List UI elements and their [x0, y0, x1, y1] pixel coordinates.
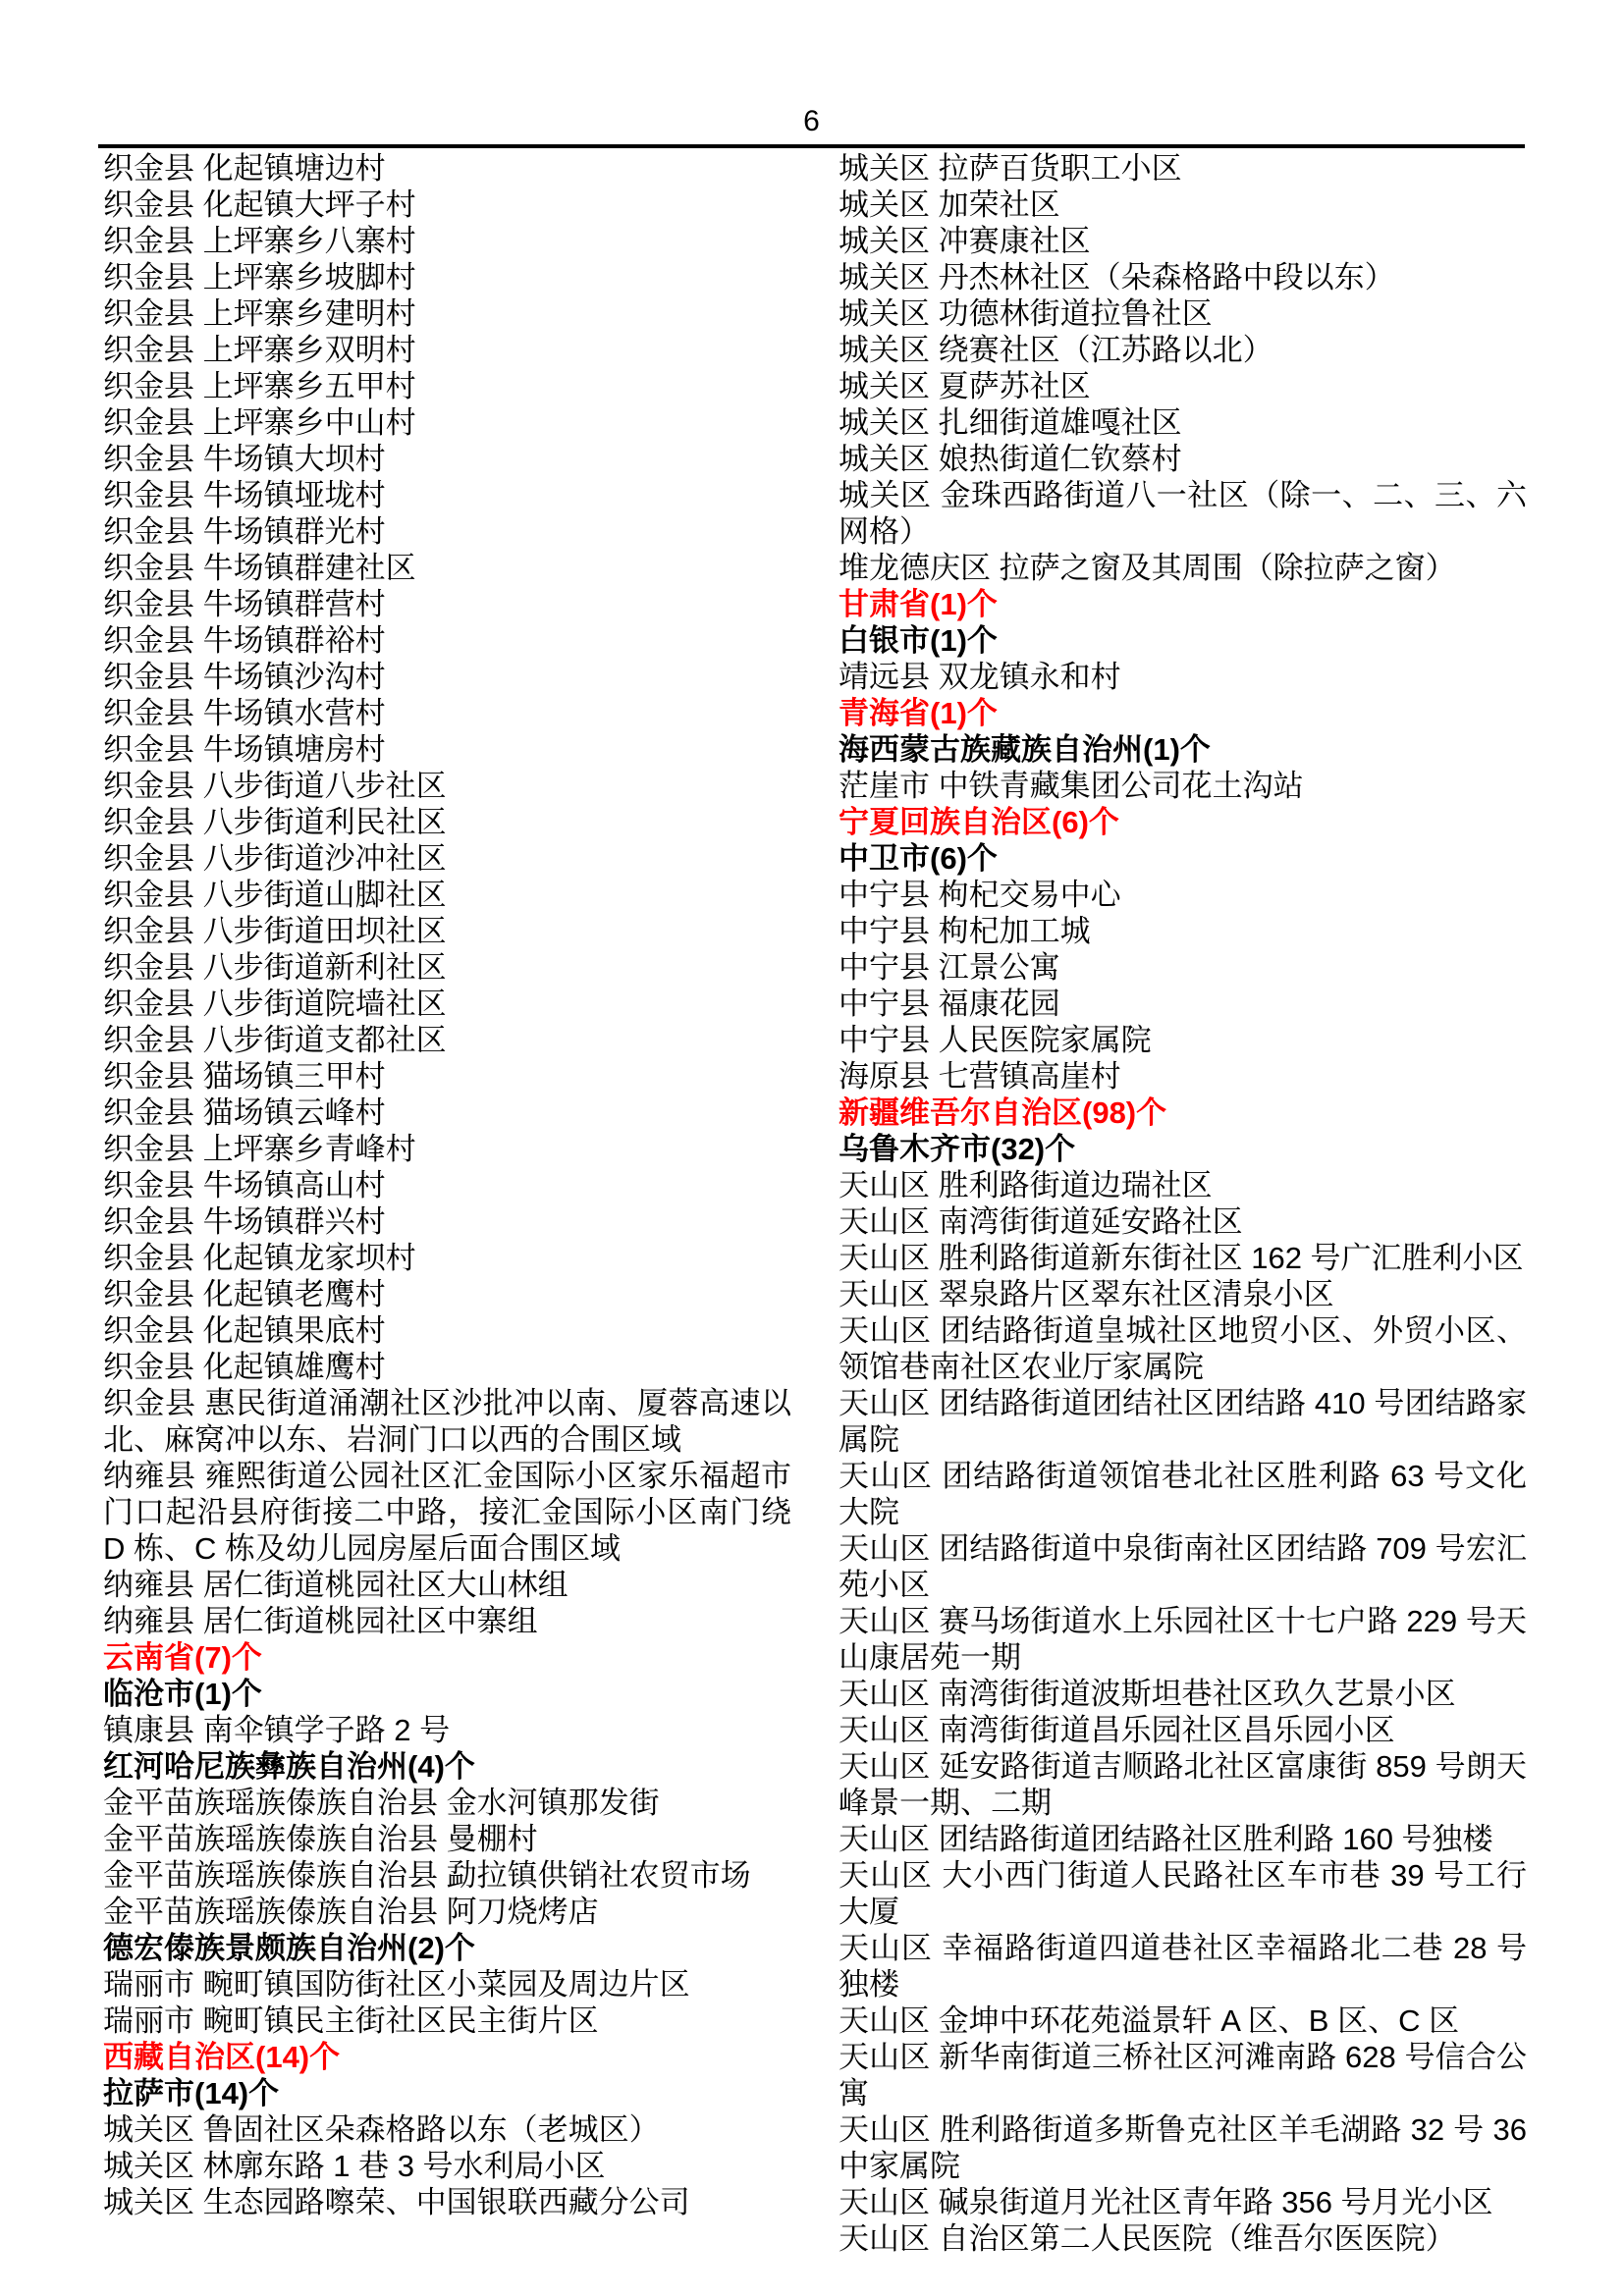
entry-line: 织金县 八步街道利民社区: [103, 804, 791, 840]
entry-line: 织金县 牛场镇沙沟村: [103, 659, 791, 695]
entry-line: 城关区 加荣社区: [839, 187, 1527, 223]
entry-line: 城关区 冲赛康社区: [839, 223, 1527, 259]
entry-line: 织金县 八步街道山脚社区: [103, 877, 791, 913]
entry-line: 织金县 上坪寨乡建明村: [103, 295, 791, 332]
entry-line: 织金县 上坪寨乡坡脚村: [103, 259, 791, 295]
city-header: 海西蒙古族藏族自治州(1)个: [839, 731, 1527, 768]
province-header: 甘肃省(1)个: [839, 586, 1527, 622]
entry-line: 织金县 八步街道八步社区: [103, 768, 791, 804]
entry-line: 织金县 牛场镇群营村: [103, 586, 791, 622]
entry-line: 金平苗族瑶族傣族自治县 阿刀烧烤店: [103, 1894, 791, 1930]
entry-line: 织金县 牛场镇垭垅村: [103, 477, 791, 513]
entry-line: 织金县 牛场镇高山村: [103, 1167, 791, 1203]
entry-line: 织金县 上坪寨乡双明村: [103, 332, 791, 368]
entry-line: 织金县 牛场镇群建社区: [103, 550, 791, 586]
city-header: 乌鲁木齐市(32)个: [839, 1131, 1527, 1167]
entry-line: 纳雍县 雍熙街道公园社区汇金国际小区家乐福超市门口起沿县府街接二中路，接汇金国际…: [103, 1458, 791, 1567]
city-header: 白银市(1)个: [839, 622, 1527, 659]
right-column: 城关区 拉萨百货职工小区城关区 加荣社区城关区 冲赛康社区城关区 丹杰林社区（朵…: [839, 150, 1527, 2257]
entry-line: 天山区 南湾街街道延安路社区: [839, 1203, 1527, 1240]
entry-line: 镇康县 南伞镇学子路 2 号: [103, 1712, 791, 1748]
entry-line: 城关区 绕赛社区（江苏路以北）: [839, 332, 1527, 368]
header-rule: [98, 144, 1525, 148]
entry-line: 织金县 猫场镇云峰村: [103, 1095, 791, 1131]
entry-line: 中宁县 枸杞交易中心: [839, 877, 1527, 913]
city-header: 德宏傣族景颇族自治州(2)个: [103, 1930, 791, 1966]
entry-line: 织金县 牛场镇群光村: [103, 513, 791, 550]
entry-line: 靖远县 双龙镇永和村: [839, 659, 1527, 695]
entry-line: 城关区 娘热街道仁钦蔡村: [839, 441, 1527, 477]
entry-line: 城关区 鲁固社区朵森格路以东（老城区）: [103, 2111, 791, 2148]
entry-line: 城关区 金珠西路街道八一社区（除一、二、三、六网格）: [839, 477, 1527, 550]
entry-line: 中宁县 江景公寓: [839, 949, 1527, 986]
entry-line: 织金县 八步街道新利社区: [103, 949, 791, 986]
entry-line: 织金县 牛场镇大坝村: [103, 441, 791, 477]
entry-line: 海原县 七营镇高崖村: [839, 1058, 1527, 1095]
entry-line: 织金县 八步街道院墙社区: [103, 986, 791, 1022]
entry-line: 织金县 八步街道支都社区: [103, 1022, 791, 1058]
entry-line: 织金县 上坪寨乡八寨村: [103, 223, 791, 259]
entry-line: 织金县 化起镇果底村: [103, 1312, 791, 1349]
entry-line: 天山区 团结路街道中泉街南社区团结路 709 号宏汇苑小区: [839, 1530, 1527, 1603]
entry-line: 织金县 上坪寨乡中山村: [103, 404, 791, 441]
entry-line: 瑞丽市 畹町镇国防街社区小菜园及周边片区: [103, 1966, 791, 2002]
entry-line: 中宁县 人民医院家属院: [839, 1022, 1527, 1058]
entry-line: 天山区 金坤中环花苑溢景轩 A 区、B 区、C 区: [839, 2002, 1527, 2039]
entry-line: 瑞丽市 畹町镇民主街社区民主街片区: [103, 2002, 791, 2039]
entry-line: 天山区 团结路街道领馆巷北社区胜利路 63 号文化大院: [839, 1458, 1527, 1530]
entry-line: 天山区 胜利路街道边瑞社区: [839, 1167, 1527, 1203]
entry-line: 天山区 团结路街道皇城社区地贸小区、外贸小区、领馆巷南社区农业厅家属院: [839, 1312, 1527, 1385]
left-column: 织金县 化起镇塘边村织金县 化起镇大坪子村织金县 上坪寨乡八寨村织金县 上坪寨乡…: [103, 150, 791, 2257]
entry-line: 纳雍县 居仁街道桃园社区大山林组: [103, 1567, 791, 1603]
entry-line: 织金县 化起镇塘边村: [103, 150, 791, 187]
entry-line: 茫崖市 中铁青藏集团公司花土沟站: [839, 768, 1527, 804]
entry-line: 织金县 牛场镇水营村: [103, 695, 791, 731]
entry-line: 织金县 牛场镇群裕村: [103, 622, 791, 659]
entry-line: 天山区 胜利路街道多斯鲁克社区羊毛湖路 32 号 36 中家属院: [839, 2111, 1527, 2184]
entry-line: 天山区 团结路街道团结社区团结路 410 号团结路家属院: [839, 1385, 1527, 1458]
entry-line: 织金县 猫场镇三甲村: [103, 1058, 791, 1095]
entry-line: 天山区 团结路街道团结路社区胜利路 160 号独楼: [839, 1821, 1527, 1857]
entry-line: 织金县 上坪寨乡五甲村: [103, 368, 791, 404]
entry-line: 城关区 生态园路嚓荣、中国银联西藏分公司: [103, 2184, 791, 2220]
entry-line: 织金县 化起镇老鹰村: [103, 1276, 791, 1312]
entry-line: 织金县 牛场镇群兴村: [103, 1203, 791, 1240]
entry-line: 天山区 南湾街街道波斯坦巷社区玖久艺景小区: [839, 1676, 1527, 1712]
entry-line: 中宁县 福康花园: [839, 986, 1527, 1022]
entry-line: 堆龙德庆区 拉萨之窗及其周围（除拉萨之窗）: [839, 550, 1527, 586]
entry-line: 天山区 南湾街街道昌乐园社区昌乐园小区: [839, 1712, 1527, 1748]
city-header: 拉萨市(14)个: [103, 2075, 791, 2111]
entry-line: 城关区 功德林街道拉鲁社区: [839, 295, 1527, 332]
city-header: 临沧市(1)个: [103, 1676, 791, 1712]
entry-line: 金平苗族瑶族傣族自治县 勐拉镇供销社农贸市场: [103, 1857, 791, 1894]
entry-line: 金平苗族瑶族傣族自治县 金水河镇那发街: [103, 1785, 791, 1821]
entry-line: 金平苗族瑶族傣族自治县 曼棚村: [103, 1821, 791, 1857]
city-header: 中卫市(6)个: [839, 840, 1527, 877]
entry-line: 城关区 夏萨苏社区: [839, 368, 1527, 404]
entry-line: 城关区 拉萨百货职工小区: [839, 150, 1527, 187]
entry-line: 天山区 幸福路街道四道巷社区幸福路北二巷 28 号独楼: [839, 1930, 1527, 2002]
entry-line: 天山区 新华南街道三桥社区河滩南路 628 号信合公寓: [839, 2039, 1527, 2111]
entry-line: 天山区 胜利路街道新东街社区 162 号广汇胜利小区: [839, 1240, 1527, 1276]
entry-line: 织金县 上坪寨乡青峰村: [103, 1131, 791, 1167]
entry-line: 纳雍县 居仁街道桃园社区中寨组: [103, 1603, 791, 1639]
page-number: 6: [98, 101, 1525, 142]
entry-line: 织金县 惠民街道涌潮社区沙批冲以南、厦蓉高速以北、麻窝冲以东、岩洞门口以西的合围…: [103, 1385, 791, 1458]
content-columns: 织金县 化起镇塘边村织金县 化起镇大坪子村织金县 上坪寨乡八寨村织金县 上坪寨乡…: [103, 150, 1527, 2257]
entry-line: 织金县 化起镇大坪子村: [103, 187, 791, 223]
entry-line: 织金县 八步街道沙冲社区: [103, 840, 791, 877]
entry-line: 织金县 牛场镇塘房村: [103, 731, 791, 768]
entry-line: 天山区 赛马场街道水上乐园社区十七户路 229 号天山康居苑一期: [839, 1603, 1527, 1676]
entry-line: 织金县 化起镇龙家坝村: [103, 1240, 791, 1276]
entry-line: 城关区 扎细街道雄嘎社区: [839, 404, 1527, 441]
entry-line: 天山区 大小西门街道人民路社区车市巷 39 号工行大厦: [839, 1857, 1527, 1930]
entry-line: 天山区 翠泉路片区翠东社区清泉小区: [839, 1276, 1527, 1312]
entry-line: 织金县 八步街道田坝社区: [103, 913, 791, 949]
entry-line: 中宁县 枸杞加工城: [839, 913, 1527, 949]
entry-line: 城关区 林廓东路 1 巷 3 号水利局小区: [103, 2148, 791, 2184]
city-header: 红河哈尼族彝族自治州(4)个: [103, 1748, 791, 1785]
entry-line: 天山区 延安路街道吉顺路北社区富康街 859 号朗天峰景一期、二期: [839, 1748, 1527, 1821]
entry-line: 天山区 碱泉街道月光社区青年路 356 号月光小区: [839, 2184, 1527, 2220]
entry-line: 织金县 化起镇雄鹰村: [103, 1349, 791, 1385]
province-header: 青海省(1)个: [839, 695, 1527, 731]
province-header: 新疆维吾尔自治区(98)个: [839, 1095, 1527, 1131]
province-header: 西藏自治区(14)个: [103, 2039, 791, 2075]
entry-line: 城关区 丹杰林社区（朵森格路中段以东）: [839, 259, 1527, 295]
province-header: 云南省(7)个: [103, 1639, 791, 1676]
entry-line: 天山区 自治区第二人民医院（维吾尔医医院）: [839, 2220, 1527, 2257]
province-header: 宁夏回族自治区(6)个: [839, 804, 1527, 840]
